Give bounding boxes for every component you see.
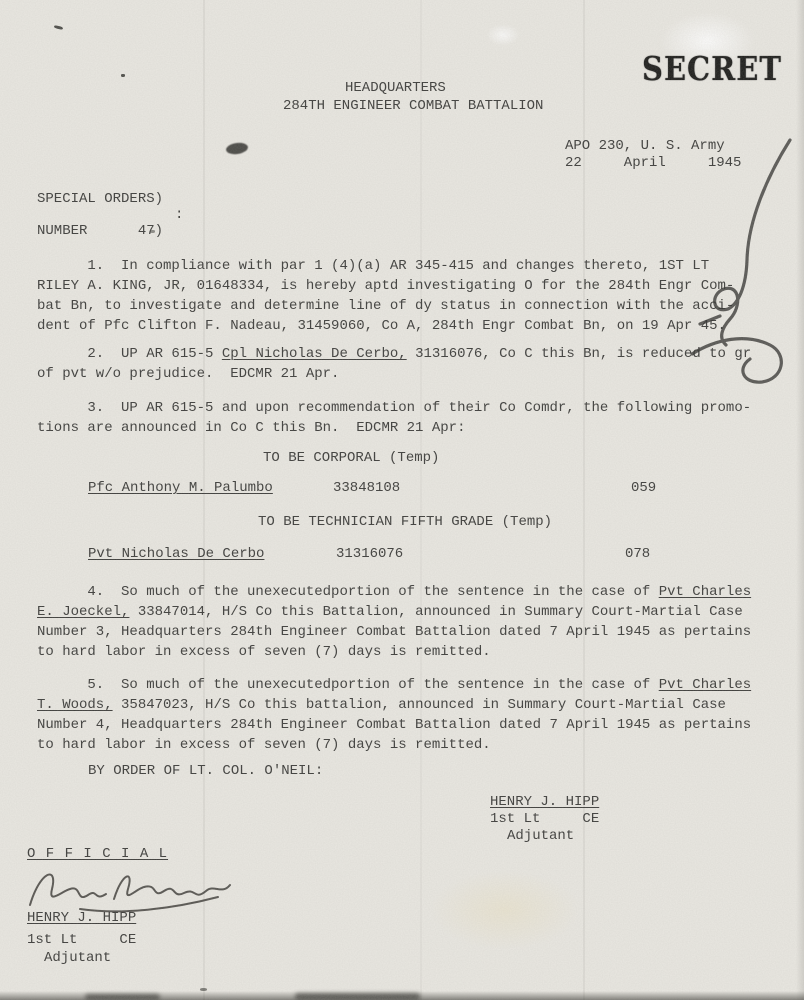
official-label: O F F I C I A L xyxy=(27,844,168,864)
by-order-line: BY ORDER OF LT. COL. O'NEIL: xyxy=(88,761,323,781)
ink-speck xyxy=(150,230,155,233)
paragraph-3-line-2: tions are announced in Co C this Bn. EDC… xyxy=(37,418,465,438)
paragraph-5-line-4: to hard labor in excess of seven (7) day… xyxy=(37,735,491,755)
official-name: HENRY J. HIPP xyxy=(27,908,136,928)
special-orders-label: SPECIAL ORDERS) xyxy=(37,189,163,209)
paragraph-4-line-1: 4. So much of the unexecutedportion of t… xyxy=(37,582,751,602)
paragraph-4-line-3: Number 3, Headquarters 284th Engineer Co… xyxy=(37,622,751,642)
paragraph-text: 2. UP AR 615-5 xyxy=(37,346,222,362)
bottom-edge-mark xyxy=(295,993,420,1000)
paragraph-1-line-4: dent of Pfc Clifton F. Nadeau, 31459060,… xyxy=(37,316,726,336)
orders-colon: : xyxy=(175,205,183,225)
right-edge-shadow xyxy=(796,0,804,1000)
paragraph-text: 4. So much of the unexecutedportion of t… xyxy=(37,584,659,600)
paragraph-1-line-1: 1. In compliance with par 1 (4)(a) AR 34… xyxy=(37,256,709,276)
promotion-serial: 33848108 xyxy=(333,478,400,498)
promotion-code: 059 xyxy=(631,478,656,498)
paragraph-1-line-2: RILEY A. KING, JR, 01648334, is hereby a… xyxy=(37,276,734,296)
header-line-2: 284TH ENGINEER COMBAT BATTALION xyxy=(283,96,543,116)
paragraph-text: 33847014, H/S Co this Battalion, announc… xyxy=(129,604,742,620)
underlined-name: Pvt Charles xyxy=(659,677,751,693)
underlined-name: Pvt Charles xyxy=(659,584,751,600)
paragraph-4-line-2: E. Joeckel, 33847014, H/S Co this Battal… xyxy=(37,602,743,622)
secret-stamp: SECRET xyxy=(642,50,782,88)
underlined-name: T. Woods, xyxy=(37,697,113,713)
underlined-name: E. Joeckel, xyxy=(37,604,129,620)
underlined-name: Cpl Nicholas De Cerbo, xyxy=(222,346,407,362)
official-title: Adjutant xyxy=(44,948,111,968)
promotion-heading-corporal: TO BE CORPORAL (Temp) xyxy=(263,448,439,468)
paragraph-4-line-4: to hard labor in excess of seven (7) day… xyxy=(37,642,491,662)
promotion-heading-tech5: TO BE TECHNICIAN FIFTH GRADE (Temp) xyxy=(258,512,552,532)
promotion-code: 078 xyxy=(625,544,650,564)
paragraph-1-line-3: bat Bn, to investigate and determine lin… xyxy=(37,296,734,316)
paragraph-text: 35847023, H/S Co this battalion, announc… xyxy=(113,697,726,713)
orders-number-line: NUMBER 47) xyxy=(37,221,163,241)
paragraph-text: 31316076, Co C this Bn, is reduced to gr xyxy=(407,346,751,362)
paragraph-5-line-3: Number 4, Headquarters 284th Engineer Co… xyxy=(37,715,751,735)
paragraph-text: 5. So much of the unexecutedportion of t… xyxy=(37,677,659,693)
promotion-name: Pvt Nicholas De Cerbo xyxy=(88,544,264,564)
bottom-edge-mark xyxy=(85,994,160,1000)
paragraph-2-line-2: of pvt w/o prejudice. EDCMR 21 Apr. xyxy=(37,364,339,384)
signature-title: Adjutant xyxy=(507,826,574,846)
header-line-1: HEADQUARTERS xyxy=(345,78,446,98)
paragraph-2-line-1: 2. UP AR 615-5 Cpl Nicholas De Cerbo, 31… xyxy=(37,344,751,364)
promotion-serial: 31316076 xyxy=(336,544,403,564)
date-line: 22 April 1945 xyxy=(565,153,741,173)
document-page: SECRET HEADQUARTERS 284TH ENGINEER COMBA… xyxy=(0,0,804,1000)
ink-speck xyxy=(121,74,125,77)
paragraph-3-line-1: 3. UP AR 615-5 and upon recommendation o… xyxy=(37,398,751,418)
official-rank-line: 1st Lt CE xyxy=(27,930,136,950)
promotion-name: Pfc Anthony M. Palumbo xyxy=(88,478,273,498)
paragraph-5-line-2: T. Woods, 35847023, H/S Co this battalio… xyxy=(37,695,726,715)
paragraph-5-line-1: 5. So much of the unexecutedportion of t… xyxy=(37,675,751,695)
